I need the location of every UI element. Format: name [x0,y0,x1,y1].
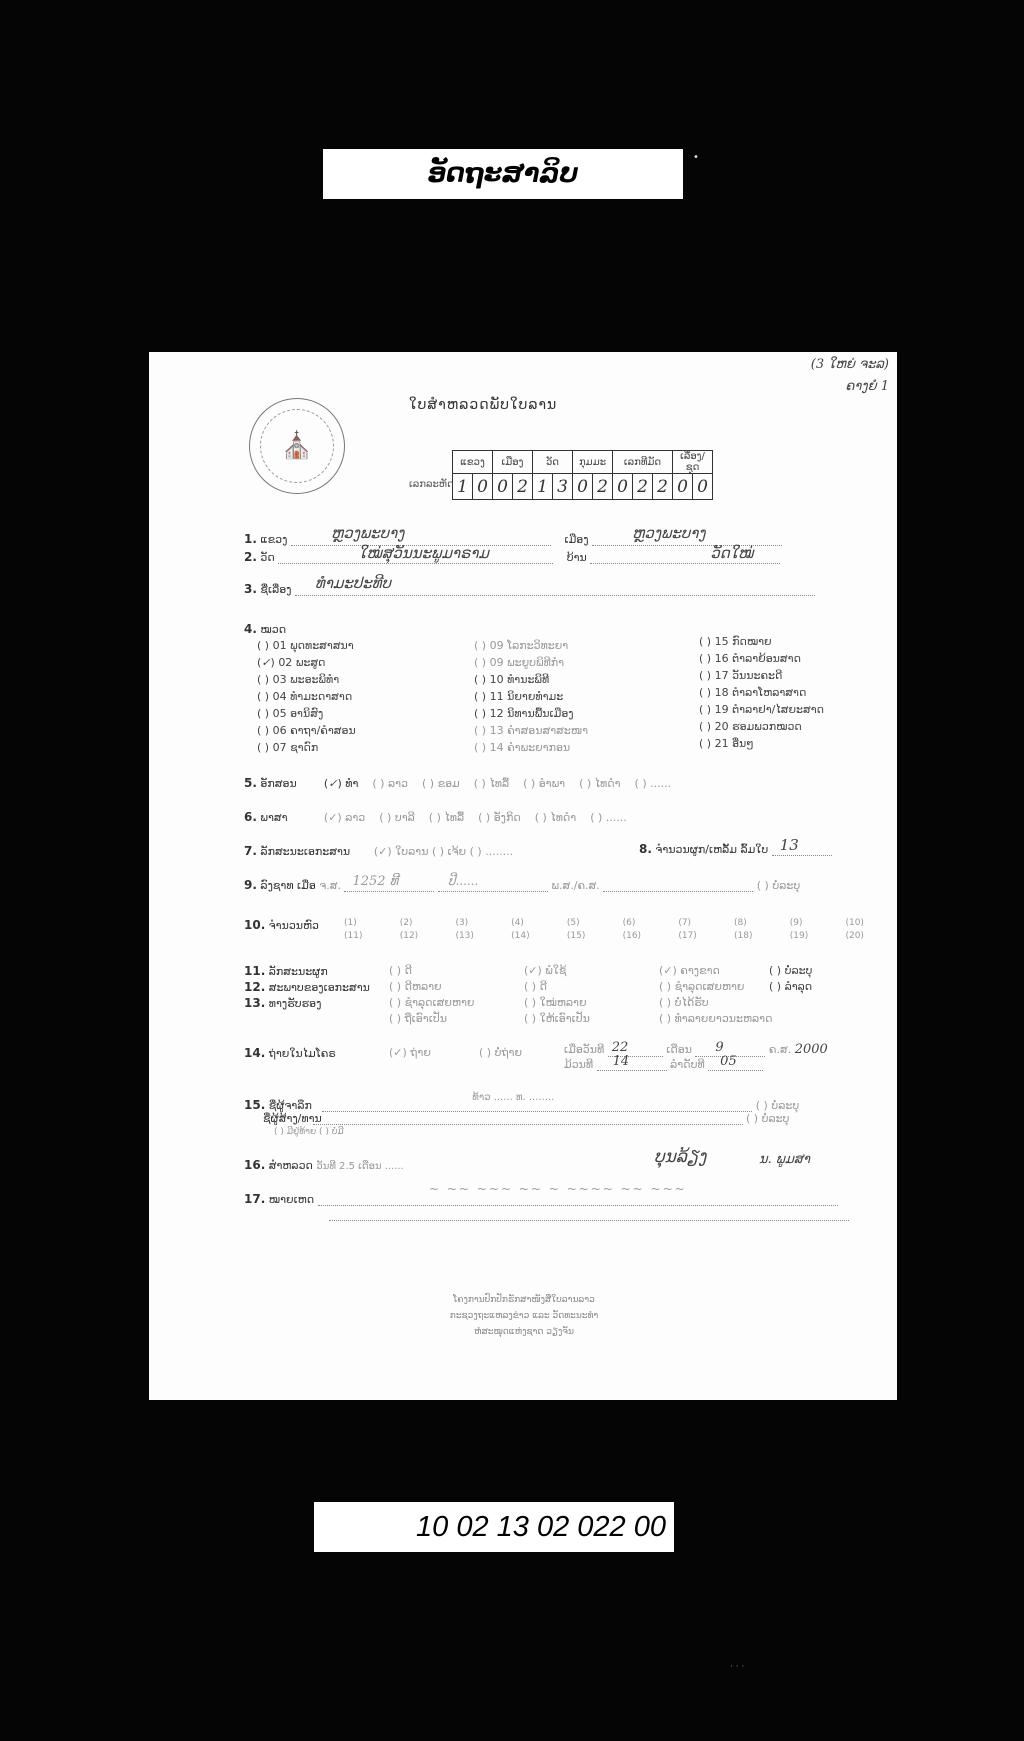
option-label: ພຸດທະສາສນາ [290,639,354,652]
surveyor-signature: ບຸນລ້ຽງ [654,1147,706,1167]
bundles-value: 13 [780,836,799,854]
condition-option[interactable]: ( ) ຊໍາລຸດເສຍຫາຍ [659,980,744,993]
fascicle-slot: (7) [678,918,691,928]
date-label: ເມື່ອວັນທີ [564,1043,604,1056]
option-label: ຂອມ [438,777,460,790]
reel-label: ມ້ວນທີ [564,1058,593,1071]
library-seal-icon: ⛪ [249,398,345,494]
option-code: 10 [490,673,504,686]
option-label: ຄໍາພະຍາກອນ [507,741,570,754]
condition-option[interactable]: ( ) ດີ [524,980,547,993]
frame-label: ລໍາດັບທີ [670,1058,705,1071]
fascicle-slot: (19) [790,931,808,941]
category-option[interactable]: ( ) 19 ຕໍາລາຢາ/ໄສຍະສາດ [699,703,824,716]
field-number: 7. [244,844,257,858]
microfilm-option[interactable]: ( ) ບໍ່ຖ່າຍ [479,1046,522,1059]
field-number: 16. [244,1158,265,1172]
option-label: ອານິສົງ [290,707,323,720]
month-label: ເດືອນ [666,1043,692,1056]
category-option[interactable]: ( ) 03 ພະອະພິທໍາ [257,673,339,686]
field-label: ຈໍານວນຫົວ [269,919,319,932]
tick-mark: • [693,152,699,163]
field-label: ສະພາບຂອງເອກະສານ [269,981,379,994]
option-code: 01 [273,639,287,652]
code-digit: 1 [533,474,553,500]
temple-emblem-icon: ⛪ [260,409,334,483]
option-code: 16 [715,652,729,665]
stamp-line: ໂຄງການປົກປັກຮັກສາໜັງສືໃບລານລາວ [379,1292,669,1308]
option-label: ຄາງຂາດ [680,964,720,977]
material-row: 7. ລັກສະນະເອກະສານ (✓) ໃບລານ ( ) ເຈ້ຍ ( )… [244,844,513,858]
option-code: 03 [273,673,287,686]
condition-option[interactable]: ( ) ຖືເອົາເປັນ [389,1012,447,1025]
option-label: ໃບລານ [395,845,428,858]
stamp-line: ກະຊວງຖະແຫລງຂ່າວ ແລະ ວັດທະນະທໍາ [379,1308,669,1324]
year-value: 2000 [795,1042,828,1057]
field-label: ບ້ານ [567,551,587,564]
form-title: ໃບສໍາຫລວດພັບໃບລານ [409,397,557,413]
code-table: ແຂວງ ເມືອງ ວັດ ກຸມມະ ເລກທີມັດ ເລື່ອງ/ຊຸດ… [452,450,713,500]
fascicle-slot: (4) [511,918,524,928]
frame-value: 05 [720,1054,737,1069]
field-label: ຖ່າຍໃນໄມໂຄຣ [269,1047,379,1060]
bundles-value-line: 13 [772,844,832,856]
option-label: ບາລີ [395,811,415,824]
condition-option-checked[interactable]: (✓) ພໍໃຊ້ [524,964,566,977]
category-option[interactable]: ( ) 09 ໂລກະວິທະຍາ [474,639,568,652]
condition-row-11: 11. ລັກສະນະຜູກ [244,964,379,978]
era-label: ພ.ສ./ຄ.ສ. [551,879,599,892]
category-option[interactable]: ( ) 09 ພະຍູບພິທີກໍາ [474,656,564,669]
condition-option[interactable]: ( ) ດີຫລາຍ [389,980,442,993]
option-label: ລາວ [345,811,365,824]
corner-note-line-2: ຄາງຍໍ 1 [811,376,889,398]
code-header-group: ກຸມມະ [573,451,613,474]
microfilm-option-checked[interactable]: (✓) ຖ່າຍ [389,1046,431,1059]
field-temple-value-line: ໃໝ່ສຸວັນນະພູມາຣາມ [278,552,553,564]
field-district-value-line: ຫຼວງພະບາງ [592,534,782,546]
category-option[interactable]: ( ) 18 ຕໍາລາໂຫລາສາດ [699,686,806,699]
footer-stamp: ໂຄງການປົກປັກຮັກສາໜັງສືໃບລານລາວ ກະຊວງຖະແຫ… [379,1292,669,1340]
month-value: 9 [715,1040,723,1055]
corner-handwritten-note: (3 ໃຫຍ່ ຈະລ) ຄາງຍໍ 1 [811,354,889,398]
code-header-title-set: ເລື່ອງ/ຊຸດ [673,451,713,474]
category-option[interactable]: ( ) 21 ອື່ນໆ [699,737,754,750]
material-option[interactable]: ( ) ........ [470,845,514,858]
date-written-row: 9. ລົງຊາທ ເມື່ອ ຈ.ສ. 1252 ທີ ປີ...... ພ.… [244,878,800,892]
code-table-header-row: ແຂວງ ເມືອງ ວັດ ກຸມມະ ເລກທີມັດ ເລື່ອງ/ຊຸດ [453,451,713,474]
field-number: 5. [244,776,257,790]
option-code: 12 [490,707,504,720]
manuscript-code-label: 10 02 13 02 022 00 [314,1502,674,1552]
date-detail-line: ປີ...... [438,880,548,892]
fascicle-slot: (9) [790,918,803,928]
option-label: ຕໍາລາຍ້ອນສາດ [732,652,801,665]
field-province-value: ຫຼວງພະບາງ [331,524,404,542]
code-label: ເລກລະຫັດ [409,479,454,490]
option-code: 06 [273,724,287,737]
field-number: 6. [244,810,257,824]
field-temple: 2. ວັດ ໃໝ່ສຸວັນນະພູມາຣາມ ບ້ານ ວັດໃໝ່ [244,550,780,564]
fascicle-slot: (11) [344,931,362,941]
script-option[interactable]: ( ) ໄທດໍາ [579,777,620,790]
option-label: ...... [650,777,671,790]
field-village-value-line: ວັດໃໝ່ [590,552,780,564]
option-code: 19 [715,703,729,716]
scribe-unknown-option[interactable]: ( ) ບໍ່ລະບຸ [756,1099,799,1112]
option-label: ບໍ່ໄດ້ຮັບ [675,996,709,1009]
reel-value: 14 [613,1054,630,1069]
script-row: 5. ອັກສອນ (✓) ທໍາ ( ) ລາວ ( ) ຂອມ ( ) ໄທ… [244,776,671,790]
option-code: 04 [273,690,287,703]
field-label: ໝວດ [260,623,286,636]
survey-date: ວັນທີ 2.5 ເດືອນ ...... [316,1161,403,1172]
option-code: 14 [490,741,504,754]
condition-row-12: 12. ສະພາບຂອງເອກະສານ [244,980,379,994]
option-code: 09 [490,656,504,669]
fascicle-slot: (13) [455,931,473,941]
option-label: ທໍາ [345,777,358,790]
option-code: 20 [715,720,729,733]
code-header-district: ເມືອງ [493,451,533,474]
option-code: 07 [273,741,287,754]
option-label: ຖືເອົາເປັນ [405,1012,447,1025]
field-village-value: ວັດໃໝ່ [710,544,753,562]
code-header-temple: ວັດ [533,451,573,474]
field-title-value: ທໍາມະປະທີບ [315,574,391,592]
option-label: ໄທດໍາ [595,777,621,790]
field-number: 4. [244,622,257,636]
date-detail-value: ປີ...... [448,874,478,888]
option-code: 02 [278,656,292,669]
condition-option-checked[interactable]: (✓) ຄາງຂາດ [659,964,720,977]
code-digit: 2 [513,474,533,500]
option-code: 05 [273,707,287,720]
script-option[interactable]: ( ) ຂອມ [422,777,460,790]
field-province: 1. ແຂວງ ຫຼວງພະບາງ ເມືອງ ຫຼວງພະບາງ [244,532,782,546]
option-label: ນິທານພື້ນເມືອງ [507,707,574,720]
fascicle-slot: (18) [734,931,752,941]
field-title: 3. ຊື່ເລື່ອງ ທໍາມະປະທີບ [244,582,815,596]
field-label: ແຂວງ [260,533,287,546]
condition-option[interactable]: ( ) ຊໍາລຸດເສຍຫາຍ [389,996,474,1009]
film-speck: · · · [730,1662,744,1672]
field-number: 15. [244,1098,265,1112]
option-code: 15 [715,635,729,648]
field-label: ທາງຮັບຮອງ [269,997,379,1010]
option-label: ຮອມພວກໝວດ [732,720,802,733]
field-label: ວັດ [260,551,274,564]
option-code: 21 [715,737,729,750]
option-label: ທໍານະພິທີ [507,673,549,686]
era-prefix: ຈ.ສ. [319,879,341,892]
archive-title-label: ອັດຖະສາລິບ [323,149,683,199]
corner-note-line-1: (3 ໃຫຍ່ ຈະລ) [811,354,889,376]
unknown-option[interactable]: ( ) ບໍ່ລະບຸ [757,879,800,892]
option-label: ວັນນະຄະດີ [732,669,782,682]
code-digit: 0 [473,474,493,500]
field-number: 17. [244,1192,265,1206]
check-mark-icon: ✓ [261,656,270,669]
sponsor-value-line [313,1113,743,1125]
option-label: ອື່ນໆ [732,737,754,750]
script-option[interactable]: ( ) ...... [635,777,672,790]
option-label: ທໍາລາຍຍາວນະຫລາດ [675,1012,773,1025]
option-label: ພະອະພິທໍາ [290,673,339,686]
field-number: 10. [244,918,265,932]
code-digit: 0 [493,474,513,500]
material-option-checked[interactable]: (✓) ໃບລານ [374,845,429,858]
category-option[interactable]: ( ) 17 ວັນນະຄະດີ [699,669,782,682]
category-heading: 4. ໝວດ [244,622,286,636]
option-label: ໄທລື້ [489,777,509,790]
scribe-row: 15. ຊື່ຜູ້ຈາລຶກ ທ້າວ ...... ທ. ........ … [244,1098,799,1112]
field-number: 2. [244,550,257,564]
script-option[interactable]: ( ) ລາວ [372,777,408,790]
field-label: ຊື່ຜູ້ສ້າງ/ທານ [263,1112,309,1125]
option-label: ພໍໃຊ້ [545,964,566,977]
code-digit: 2 [593,474,613,500]
day-value: 22 [612,1040,629,1055]
date-year-value: 1252 ທີ [352,874,398,889]
category-option[interactable]: ( ) 04 ທໍາມະດາສາດ [257,690,352,703]
option-label: ຖ່າຍ [410,1046,431,1059]
microfilm-date: ເມື່ອວັນທີ 22 ເດືອນ 9 ຄ.ສ. 2000 [564,1042,828,1057]
script-option[interactable]: ( ) ໄທລື້ [474,777,509,790]
option-label: ຄໍາສອນສາສະໜາ [507,724,588,737]
option-label: ກົດໝາຍ [732,635,772,648]
option-label: ຊາດົກ [290,741,318,754]
fascicles-row: 10. ຈໍານວນຫົວ [244,918,319,932]
option-label: ຄາຖາ/ຄໍາສອນ [290,724,356,737]
condition-option[interactable]: ( ) ບໍ່ລະບຸ [769,964,812,977]
option-label: ຊໍາລຸດເສຍຫາຍ [405,996,475,1009]
category-option[interactable]: ( ) 15 ກົດໝາຍ [699,635,772,648]
script-option-checked[interactable]: (✓) ທໍາ [324,777,358,790]
option-label: ພະຍູບພິທີກໍາ [507,656,564,669]
code-table-digit-row: 1 0 0 2 1 3 0 2 0 2 2 0 0 [453,474,713,500]
category-option[interactable]: ( ) 07 ຊາດົກ [257,741,318,754]
category-option-checked[interactable]: (✓) 02 ພະສູດ [257,656,325,669]
check-mark-icon: ✓ [328,777,337,790]
option-label: ລາວ [388,777,408,790]
code-digit: 2 [633,474,653,500]
fascicle-slot: (5) [567,918,580,928]
category-option[interactable]: ( ) 06 ຄາຖາ/ຄໍາສອນ [257,724,356,737]
code-digit: 3 [553,474,573,500]
code-digit: 0 [673,474,693,500]
category-option[interactable]: ( ) 11 ນິຍາຍທໍາມະ [474,690,563,703]
remarks-row-2 [329,1208,849,1221]
condition-option[interactable]: ( ) ທໍາລາຍຍາວນະຫລາດ [659,1012,772,1025]
option-label: ອໍາພາ [539,777,565,790]
language-option[interactable]: ( ) ໄທດໍາ [535,811,576,824]
field-number: 8. [639,842,652,856]
material-option[interactable]: ( ) ເຈ້ຍ [432,845,466,858]
fascicle-slot: (14) [511,931,529,941]
field-number: 9. [244,878,257,892]
survey-place: ນ. ພູມສາ [759,1152,810,1167]
option-label: ດີ [540,980,547,993]
option-label: ບໍ່ຖ່າຍ [495,1046,522,1059]
language-option[interactable]: ( ) ...... [590,811,627,824]
stamp-line: ຫໍສະໝຸດແຫ່ງຊາດ ວຽງຈັນ [379,1324,669,1340]
condition-option[interactable]: ( ) ດີ [389,964,412,977]
condition-row-13: 13. ທາງຮັບຮອງ [244,996,379,1010]
fascicle-slot: (16) [623,931,641,941]
field-number: 11. [244,964,265,978]
language-option[interactable]: ( ) ໄທລື້ [429,811,464,824]
code-digit: 1 [453,474,473,500]
category-option[interactable]: ( ) 20 ຮອມພວກໝວດ [699,720,802,733]
field-number: 3. [244,582,257,596]
option-label: ...... [606,811,627,824]
language-option[interactable]: ( ) ບາລີ [379,811,415,824]
category-option[interactable]: ( ) 05 ອານິສົງ [257,707,323,720]
fascicle-slot: (15) [567,931,585,941]
fascicle-slot: (20) [845,931,863,941]
condition-option[interactable]: ( ) ໃຫ້ເອົາເປັນ [524,1012,590,1025]
code-digit: 0 [573,474,593,500]
fascicle-slot: (12) [400,931,418,941]
category-option[interactable]: ( ) 16 ຕໍາລາຍ້ອນສາດ [699,652,801,665]
code-digit: 0 [693,474,713,500]
option-label: ດີຫລາຍ [405,980,442,993]
option-label: ໃໝ່ຫລາຍ [540,996,587,1009]
field-label: ຊື່ເລື່ອງ [260,583,291,596]
condition-option[interactable]: ( ) ໃໝ່ຫລາຍ [524,996,587,1009]
scribe-value: ທ້າວ ...... ທ. ........ [472,1092,554,1103]
date-era-line [603,880,753,892]
field-district-value: ຫຼວງພະບາງ [632,524,705,542]
field-number: 13. [244,996,265,1010]
option-label: ດີ [405,964,412,977]
field-number: 12. [244,980,265,994]
fascicle-slot: (2) [400,918,413,928]
option-label: ຕໍາລາຢາ/ໄສຍະສາດ [732,703,824,716]
survey-form-page: ⛪ ໃບສໍາຫລວດພັບໃບລານ (3 ໃຫຍ່ ຈະລ) ຄາງຍໍ 1… [149,352,897,1400]
frame-line: 05 [708,1059,763,1071]
field-label: ເມືອງ [564,533,588,546]
option-code: 18 [715,686,729,699]
field-number: 14. [244,1046,265,1060]
surveyor-row: 16. ສໍາຫລວດ ວັນທີ 2.5 ເດືອນ ...... [244,1158,404,1172]
microfilm-row: 14. ຖ່າຍໃນໄມໂຄຣ [244,1046,379,1060]
language-option[interactable]: ( ) ອັງກິດ [478,811,521,824]
condition-option[interactable]: ( ) ບໍ່ໄດ້ຮັບ [659,996,709,1009]
category-option[interactable]: ( ) 01 ພຸດທະສາສນາ [257,639,354,652]
year-label: ຄ.ສ. [769,1043,791,1056]
sponsor-unknown-option[interactable]: ( ) ບໍ່ລະບຸ [746,1112,789,1125]
script-option[interactable]: ( ) ອໍາພາ [523,777,565,790]
field-label: ພາສາ [260,811,320,824]
option-label: ທໍາມະດາສາດ [290,690,352,703]
scribe-value-line: ທ້າວ ...... ທ. ........ [322,1100,752,1112]
category-option[interactable]: ( ) 10 ທໍານະພິທີ [474,673,549,686]
option-label: ........ [485,845,513,858]
field-number: 1. [244,532,257,546]
condition-option[interactable]: ( ) ລໍາລຸດ [769,980,812,993]
fascicle-slot: (17) [678,931,696,941]
colophon-option[interactable]: ( ) ມີຢູ່ທ້າຍ ( ) ບໍ່ມີ [274,1127,344,1137]
fascicles-bottom-cols: (11) (12) (13) (14) (15) (16) (17) (18) … [344,931,864,941]
category-option[interactable]: ( ) 14 ຄໍາພະຍາກອນ [474,741,570,754]
option-label: ເຈ້ຍ [448,845,467,858]
field-label: ໝາຍເຫດ [269,1193,314,1206]
fascicle-slot: (3) [455,918,468,928]
option-code: 11 [490,690,504,703]
code-header-province: ແຂວງ [453,451,493,474]
option-code: 13 [490,724,504,737]
option-label: ໄທດໍາ [550,811,576,824]
option-label: ໄທລື້ [444,811,464,824]
code-digit: 2 [653,474,673,500]
code-header-bundle-number: ເລກທີມັດ [613,451,673,474]
remarks-line-2 [329,1209,849,1221]
field-title-value-line: ທໍາມະປະທີບ [295,584,815,596]
code-digit: 0 [613,474,633,500]
fascicle-slot: (8) [734,918,747,928]
microfilm-reel: ມ້ວນທີ 14 ລໍາດັບທີ 05 [564,1058,763,1071]
option-label: ຊໍາລຸດເສຍຫາຍ [675,980,745,993]
field-label: ລັກສະນະເອກະສານ [260,845,370,858]
option-label: ຕໍາລາໂຫລາສາດ [732,686,806,699]
option-label: ພະສູດ [296,656,326,669]
field-label: ລັກສະນະຜູກ [269,965,379,978]
language-row: 6. ພາສາ (✓) ລາວ ( ) ບາລີ ( ) ໄທລື້ ( ) ອ… [244,810,627,824]
category-option[interactable]: ( ) 12 ນິທານພື້ນເມືອງ [474,707,574,720]
field-temple-value: ໃໝ່ສຸວັນນະພູມາຣາມ [358,544,489,562]
option-label: ໂລກະວິທະຍາ [507,639,568,652]
option-code: 09 [490,639,504,652]
date-year-line: 1252 ທີ [344,880,434,892]
option-label: ບໍ່ລະບຸ [785,964,813,977]
category-option[interactable]: ( ) 13 ຄໍາສອນສາສະໜາ [474,724,588,737]
option-label: ອັງກິດ [494,811,521,824]
fascicle-slot: (6) [623,918,636,928]
field-label: ຈໍານວນຜູກ/ເຫລັ້ມ ລົ້ມໃບ [655,843,768,856]
language-option-checked[interactable]: (✓) ລາວ [324,811,365,824]
option-code: 17 [715,669,729,682]
remarks-handwriting: ~ ~~ ~~~ ~~ ~ ~~~~ ~~ ~~~ [429,1182,687,1196]
fascicles-top-cols: (1) (2) (3) (4) (5) (6) (7) (8) (9) (10) [344,918,864,928]
reel-line: 14 [597,1059,667,1071]
option-label: ລໍາລຸດ [785,980,813,993]
field-label: ຊື່ຜູ້ຈາລຶກ [269,1099,319,1112]
option-label: ນິຍາຍທໍາມະ [507,690,563,703]
field-label: ລົງຊາທ ເມື່ອ [260,879,315,892]
bundles-field: 8. ຈໍານວນຜູກ/ເຫລັ້ມ ລົ້ມໃບ 13 [639,842,832,856]
sponsor-row: ຊື່ຜູ້ສ້າງ/ທານ ( ) ບໍ່ລະບຸ [263,1112,789,1125]
option-label: ໃຫ້ເອົາເປັນ [540,1012,590,1025]
field-label: ສໍາຫລວດ [269,1159,313,1172]
fascicle-slot: (10) [845,918,863,928]
field-label: ອັກສອນ [260,777,320,790]
fascicle-slot: (1) [344,918,357,928]
